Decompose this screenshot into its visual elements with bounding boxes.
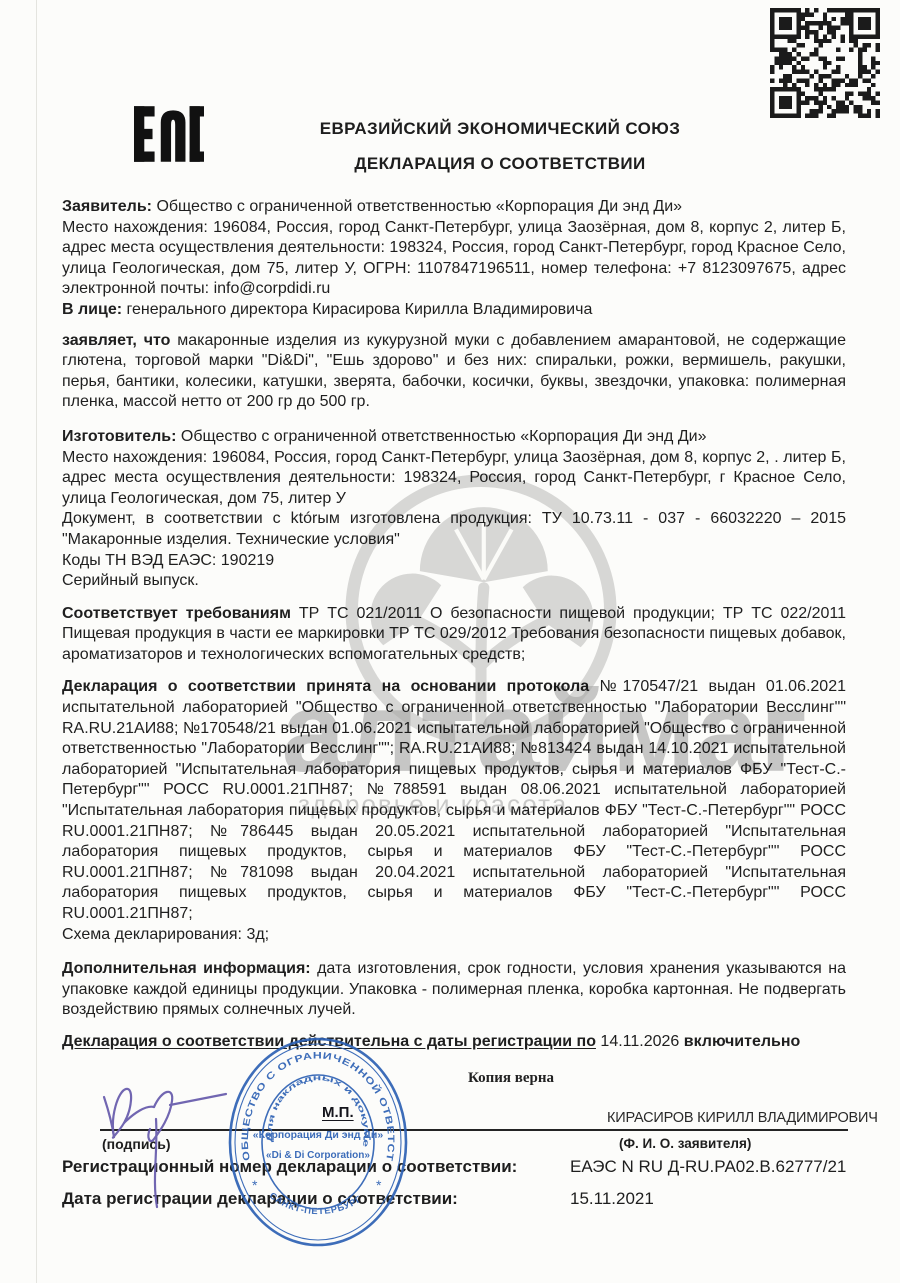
- validity-line: Декларация о соответствии действительна …: [62, 1032, 846, 1053]
- union-title: ЕВРАЗИЙСКИЙ ЭКОНОМИЧЕСКИЙ СОЮЗ: [150, 119, 850, 139]
- stamp-star-left: *: [252, 1177, 258, 1193]
- stamp-center-line2: «Di & Di Corporation»: [266, 1150, 370, 1161]
- declares-label: заявляет, что: [62, 332, 170, 349]
- stamp-star-right: *: [376, 1177, 382, 1193]
- manufacturer-address: Место нахождения: 196084, Россия, город …: [62, 448, 846, 510]
- manufacturer-serial: Серийный выпуск.: [62, 571, 846, 592]
- basis-scheme: Схема декларирования: 3д;: [62, 925, 846, 946]
- applicant-label: Заявитель:: [62, 198, 152, 215]
- applicant-address: Место нахождения: 196084, Россия, город …: [62, 218, 846, 300]
- manufacturer-document: Документ, в соответствии с którым изгото…: [62, 509, 846, 550]
- svg-text:ОБЩЕСТВО С ОГРАНИЧЕННОЙ ОТВЕТС: ОБЩЕСТВО С ОГРАНИЧЕННОЙ ОТВЕТСТВЕННОСТЬЮ: [226, 1034, 397, 1162]
- additional-label: Дополнительная информация:: [62, 960, 311, 977]
- compliance-paragraph: Соответствует требованиям ТР ТС 021/2011…: [62, 604, 846, 666]
- document-header: ЕВРАЗИЙСКИЙ ЭКОНОМИЧЕСКИЙ СОЮЗ ДЕКЛАРАЦИ…: [150, 119, 850, 174]
- compliance-label: Соответствует требованиям: [62, 605, 291, 622]
- manufacturer-label: Изготовитель:: [62, 428, 176, 445]
- document-body: Заявитель: Общество с ограниченной ответ…: [62, 197, 846, 1053]
- scan-edge-line: [36, 0, 37, 1283]
- company-stamp-icon: ОБЩЕСТВО С ОГРАНИЧЕННОЙ ОТВЕТСТВЕННОСТЬЮ…: [226, 1034, 410, 1250]
- applicant-paragraph: Заявитель: Общество с ограниченной ответ…: [62, 197, 846, 321]
- validity-suffix: включительно: [684, 1033, 801, 1050]
- basis-paragraph: Декларация о соответствии принята на осн…: [62, 677, 846, 945]
- declaration-document-page: ЕВРАЗИЙСКИЙ ЭКОНОМИЧЕСКИЙ СОЮЗ ДЕКЛАРАЦИ…: [0, 0, 900, 1283]
- manufacturer-paragraph: Изготовитель: Общество с ограниченной от…: [62, 427, 846, 592]
- copy-note: Копия верна: [468, 1070, 554, 1087]
- registration-number-value: ЕАЭС N RU Д-RU.РА02.В.62777/21: [570, 1157, 846, 1177]
- basis-label: Декларация о соответствии принята на осн…: [62, 678, 589, 695]
- stamp-center-line1: «Корпорация Ди энд Ди»: [253, 1129, 384, 1141]
- basis-text: №170547/21 выдан 01.06.2021 испытательно…: [62, 678, 846, 922]
- applicant-full-name: КИРАСИРОВ КИРИЛЛ ВЛАДИМИРОВИЧ: [607, 1110, 878, 1126]
- declares-text: макаронные изделия из кукурузной муки с …: [62, 332, 846, 411]
- doc-title: ДЕКЛАРАЦИЯ О СООТВЕТСТВИИ: [150, 154, 850, 174]
- applicant-person-label: В лице:: [62, 301, 122, 318]
- validity-date: 14.11.2026: [596, 1033, 684, 1050]
- full-name-caption: (Ф. И. О. заявителя): [619, 1136, 751, 1151]
- additional-info-paragraph: Дополнительная информация: дата изготовл…: [62, 959, 846, 1021]
- applicant-person: генерального директора Кирасирова Кирилл…: [122, 301, 592, 318]
- signature-icon: [94, 1079, 234, 1211]
- qr-code-icon: [770, 8, 880, 118]
- stamp-ring-text: ОБЩЕСТВО С ОГРАНИЧЕННОЙ ОТВЕТСТВЕННОСТЬЮ: [226, 1034, 397, 1162]
- declares-paragraph: заявляет, что макаронные изделия из куку…: [62, 331, 846, 413]
- manufacturer-name: Общество с ограниченной ответственностью…: [176, 428, 706, 445]
- registration-date-value: 15.11.2021: [570, 1189, 654, 1209]
- applicant-name: Общество с ограниченной ответственностью…: [152, 198, 682, 215]
- manufacturer-codes: Коды ТН ВЭД ЕАЭС: 190219: [62, 551, 846, 572]
- mp-seal-label: М.П.: [322, 1104, 354, 1121]
